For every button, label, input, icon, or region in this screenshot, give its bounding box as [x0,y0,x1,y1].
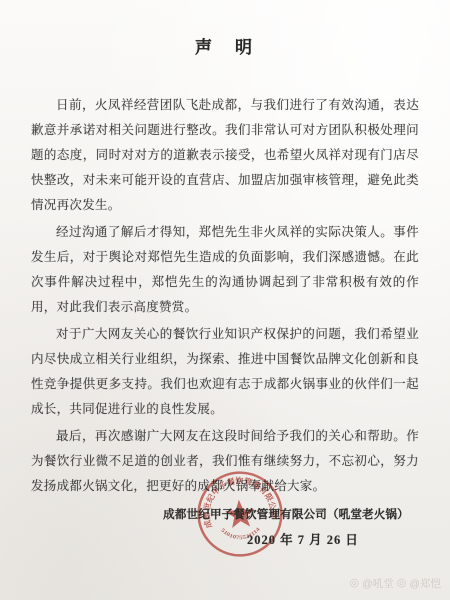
company-name: 成都世纪甲子餐饮管理有限公司（吼堂老火锅） [150,506,422,522]
weibo-eye-icon: ◎ [397,578,407,589]
statement-document-page: 声 明 日前，火凤祥经营团队飞赴成都，与我们进行了有效沟通，表达歉意并承诺对相关… [0,0,450,600]
weibo-watermark: ◎ @吼堂 ◎ @郑恺 [349,576,441,591]
statement-paragraph-2: 经过沟通了解后才得知，郑恺先生非火凤祥的实际决策人。事件发生后，对于舆论对郑恺先… [31,220,419,320]
page-title: 声 明 [0,33,450,58]
watermark-handle-2: @郑恺 [409,576,441,591]
watermark-handle-1: @吼堂 [362,576,394,591]
statement-body: 日前，火凤祥经营团队飞赴成都，与我们进行了有效沟通，表达歉意并承诺对相关问题进行… [31,93,419,501]
statement-paragraph-1: 日前，火凤祥经营团队飞赴成都，与我们进行了有效沟通，表达歉意并承诺对相关问题进行… [31,93,419,218]
statement-date: 2020 年 7 月 26 日 [150,530,422,548]
signature-block: 成都世纪甲子餐饮管理有限公司（吼堂老火锅） 2020 年 7 月 26 日 [150,506,422,548]
weibo-eye-icon: ◎ [349,578,359,589]
statement-paragraph-3: 对于广大网友关心的餐饮行业知识产权保护的问题，我们希望业内尽快成立相关行业组织，… [31,322,419,422]
